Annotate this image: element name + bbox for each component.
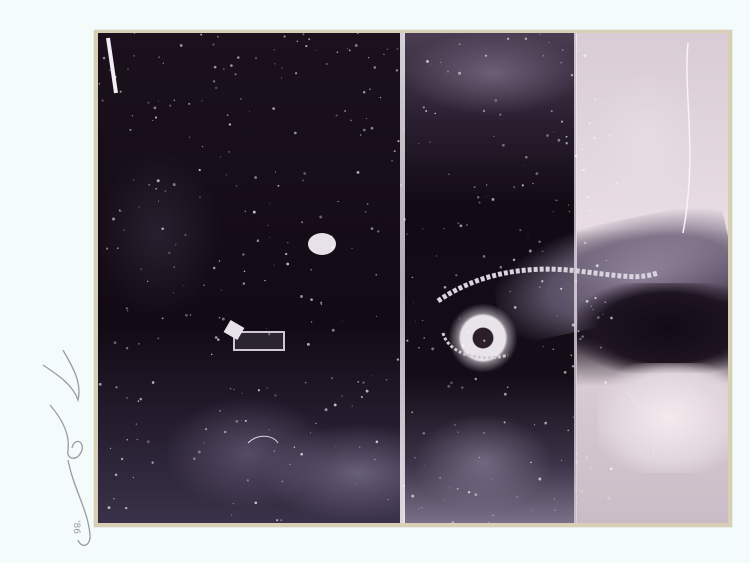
artwork-print — [98, 33, 728, 523]
artist-signature: '86 — [38, 350, 98, 550]
dust-speckle-texture — [98, 33, 728, 523]
date-inscription: '86 — [71, 520, 81, 534]
